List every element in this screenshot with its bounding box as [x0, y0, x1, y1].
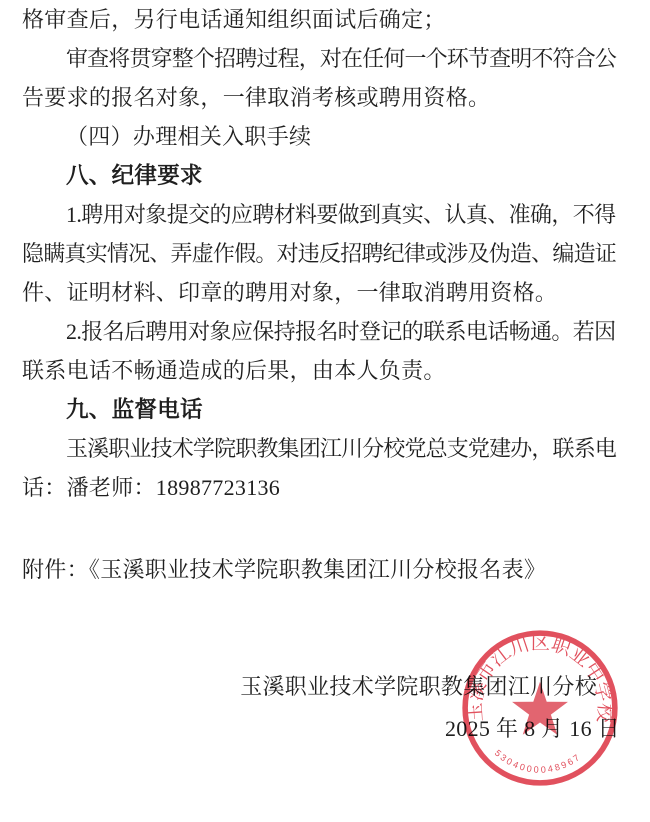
line-text: 八、纪律要求 — [66, 163, 203, 188]
line-text: 联系电话不畅通造成的后果，由本人负责。 — [22, 358, 446, 383]
seal-star-icon — [512, 682, 568, 735]
line-text: 格审查后，另行电话通知组织面试后确定； — [22, 7, 446, 32]
line-text: 九、监督电话 — [66, 397, 203, 422]
text-line: 1.聘用对象提交的应聘材料要做到真实、认真、准确，不得 — [22, 195, 624, 234]
line-text: 1.聘用对象提交的应聘材料要做到真实、认真、准确，不得 — [66, 202, 616, 227]
line-text: （四）办理相关入职手续 — [66, 124, 311, 149]
line-text: 件、证明材料、印章的聘用对象，一律取消聘用资格。 — [22, 280, 557, 305]
line-text: 2.报名后聘用对象应保持报名时登记的联系电话畅通。若因 — [66, 319, 616, 344]
line-text: 玉溪职业技术学院职教集团江川分校党总支党建办，联系电 — [66, 436, 616, 461]
attachment-line: 附件：《玉溪职业技术学院职教集团江川分校报名表》 — [22, 550, 624, 589]
line-text: 附件：《玉溪职业技术学院职教集团江川分校报名表》 — [22, 557, 546, 582]
text-line: 告要求的报名对象，一律取消考核或聘用资格。 — [22, 78, 624, 117]
line-text: 话：潘老师：18987723136 — [22, 475, 280, 500]
text-line: 玉溪职业技术学院职教集团江川分校党总支党建办，联系电 — [22, 429, 624, 468]
document-page: 格审查后，另行电话通知组织面试后确定；审查将贯穿整个招聘过程，对在任何一个环节查… — [0, 0, 650, 822]
text-line: 2.报名后聘用对象应保持报名时登记的联系电话畅通。若因 — [22, 312, 624, 351]
text-line: （四）办理相关入职手续 — [22, 117, 624, 156]
line-text: 隐瞒真实情况、弄虚作假。对违反招聘纪律或涉及伪造、编造证 — [22, 241, 616, 266]
blank-line — [22, 507, 624, 546]
text-line: 联系电话不畅通造成的后果，由本人负责。 — [22, 351, 624, 390]
line-text: 审查将贯穿整个招聘过程，对在任何一个环节查明不符合公 — [66, 46, 616, 71]
seal-code: 5304000048967 — [493, 748, 583, 775]
section-heading-discipline: 八、纪律要求 — [22, 156, 624, 195]
text-line: 件、证明材料、印章的聘用对象，一律取消聘用资格。 — [22, 273, 624, 312]
line-text: 告要求的报名对象，一律取消考核或聘用资格。 — [22, 85, 490, 110]
text-line: 格审查后，另行电话通知组织面试后确定； — [22, 0, 624, 39]
text-line: 隐瞒真实情况、弄虚作假。对违反招聘纪律或涉及伪造、编造证 — [22, 234, 624, 273]
section-heading-supervision-phone: 九、监督电话 — [22, 390, 624, 429]
text-line: 审查将贯穿整个招聘过程，对在任何一个环节查明不符合公 — [22, 39, 624, 78]
contact-phone-line: 话：潘老师：18987723136 — [22, 468, 624, 507]
official-seal: 玉溪市江川区职业中学校 5304000048967 — [454, 622, 626, 794]
